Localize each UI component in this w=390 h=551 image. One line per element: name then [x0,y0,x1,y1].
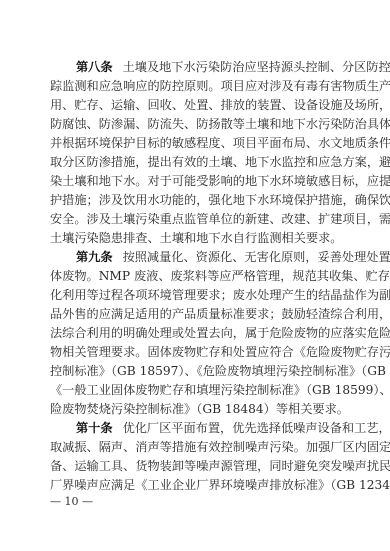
text-line: 并根据环境保护目标的敏感程度、项目平面布局、水文地质条件等采 [50,134,342,153]
article-text: 土壤及地下水污染防治应坚持源头控制、分区防控、跟 [123,60,390,74]
article-number: 第九条 [76,250,113,264]
article-number: 第八条 [76,60,113,74]
text-line: 染土壤和地下水。对于可能受影响的地下水环境敏感目标，应提出保 [50,172,342,191]
text-line: 《一般工业固体废物贮存和填埋污染控制标准》（GB 18599）、《危 [50,381,342,400]
document-page: 第八条土壤及地下水污染防治应坚持源头控制、分区防控、跟 踪监测和应急响应的防控原… [0,0,390,551]
text-line: 护措施；涉及饮用水功能的，强化地下水环境保护措施，确保饮用水 [50,191,342,210]
text-line: 防腐蚀、防渗漏、防流失、防扬散等土壤和地下水污染防治具体措施， [50,115,342,134]
text-line: 土壤污染隐患排查、土壤和地下水自行监测相关要求。 [50,229,342,248]
article-number: 第十条 [76,421,113,435]
text-line: 用、贮存、运输、回收、处置、排放的装置、设备设施及场所，提出 [50,96,342,115]
text-line: 备、运输工具、货物装卸等噪声源管理，同时避免突发噪声扰民。 [50,457,342,476]
text-line: 物相关管理要求。固体废物贮存和处置应符合《危险废物贮存污染 [50,343,342,362]
text-line: 取减振、隔声、消声等措施有效控制噪声污染。加强厂区内固定设 [50,438,342,457]
text-line: 化利用等过程各项环境管理要求；废水处理产生的结晶盐作为副产 [50,286,342,305]
page-number: — 10 — [50,492,93,511]
article-text: 优化厂区平面布置，优先选择低噪声设备和工艺，采 [123,421,390,435]
article-8-first-line: 第八条土壤及地下水污染防治应坚持源头控制、分区防控、跟 [50,58,342,77]
text-line: 品外售的应满足适用的产品质量标准要求；鼓励轻渣综合利用，无 [50,305,342,324]
text-line: 险废物焚烧污染控制标准》（GB 18484）等相关要求。 [50,400,342,419]
text-line: 控制标准》（GB 18597）、《危险废物填埋污染控制标准》（GB 18598）… [50,362,342,381]
text-line: 厂界噪声应满足《工业企业厂界环境噪声排放标准》（GB 12348） [50,476,342,495]
article-10-first-line: 第十条优化厂区平面布置，优先选择低噪声设备和工艺，采 [50,419,342,438]
article-text: 按照减量化、资源化、无害化原则，妥善处理处置固 [123,250,390,264]
text-line: 取分区防渗措施，提出有效的土壤、地下水监控和应急方案，避免污 [50,153,342,172]
text-line: 踪监测和应急响应的防控原则。项目应对涉及有毒有害物质生产、使 [50,77,342,96]
text-line: 法综合利用的明确处理或处置去向，属于危险废物的应落实危险废 [50,324,342,343]
text-line: 安全。涉及土壤污染重点监管单位的新建、改建、扩建项目，需提出 [50,210,342,229]
text-line: 体废物。NMP 废液、废浆料等应严格管理，规范其收集、贮存、资源 [50,267,342,286]
document-body: 第八条土壤及地下水污染防治应坚持源头控制、分区防控、跟 踪监测和应急响应的防控原… [50,58,342,495]
article-9-first-line: 第九条按照减量化、资源化、无害化原则，妥善处理处置固 [50,248,342,267]
